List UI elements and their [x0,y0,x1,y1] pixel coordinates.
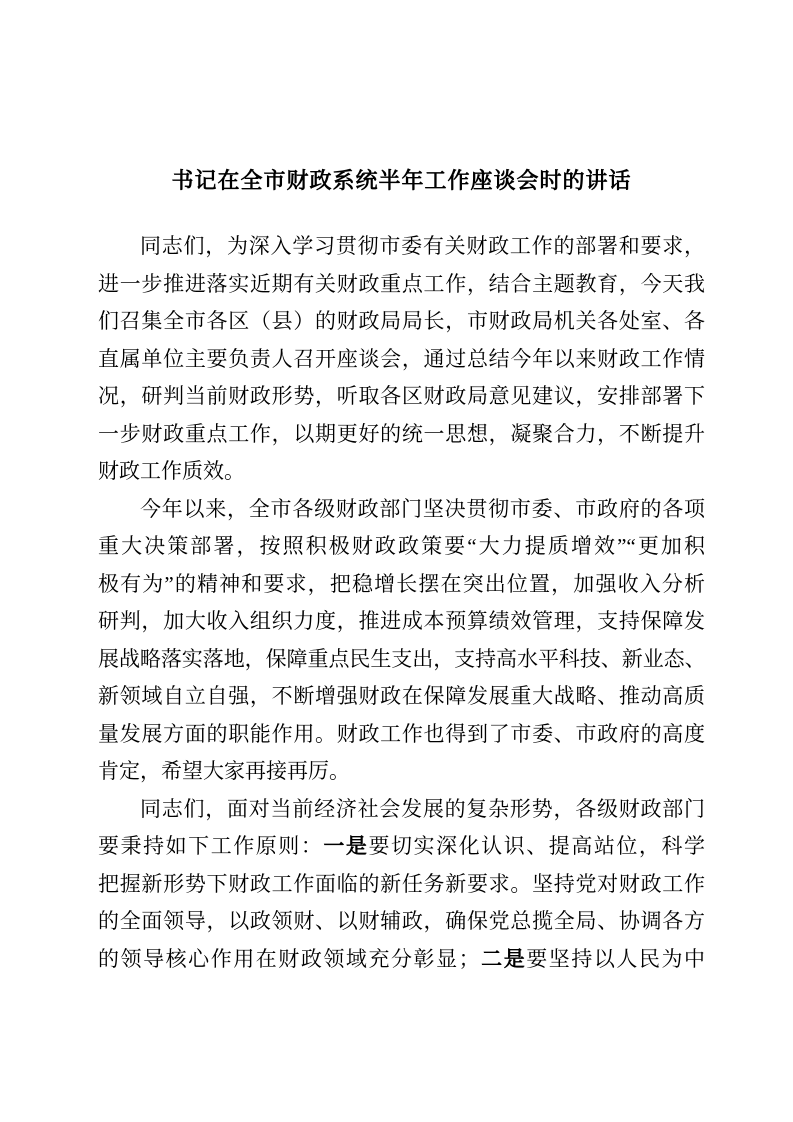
text-line: 直属单位主要负责人召开座谈会，通过总结今年以来财政工作情 [98,341,705,379]
text-line: 肯定，希望大家再接再厉。 [98,753,705,791]
body-text: 展战略落实落地，保障重点民生支出，支持高水平科技、新业态、 [98,647,705,671]
body-text: 况，研判当前财政形势，听取各区财政局意见建议，安排部署下 [98,384,705,408]
text-line: 同志们，为深入学习贯彻市委有关财政工作的部署和要求， [98,228,705,266]
paragraph: 同志们，为深入学习贯彻市委有关财政工作的部署和要求，进一步推进落实近期有关财政重… [98,228,705,491]
body-text: 进一步推进落实近期有关财政重点工作，结合主题教育，今天我 [98,272,705,296]
document-title: 书记在全市财政系统半年工作座谈会时的讲话 [98,164,705,198]
body-text: 要切实深化认识、提高站位，科学 [368,834,705,858]
text-line: 同志们，面对当前经济社会发展的复杂形势，各级财政部门 [98,791,705,829]
text-line: 况，研判当前财政形势，听取各区财政局意见建议，安排部署下 [98,378,705,416]
emphasis-text: 二是 [480,947,527,971]
body-text: 们召集全市各区（县）的财政局局长，市财政局机关各处室、各 [98,309,705,333]
body-text: 同志们，为深入学习贯彻市委有关财政工作的部署和要求， [140,234,705,258]
text-line: 财政工作质效。 [98,453,705,491]
paragraph: 同志们，面对当前经济社会发展的复杂形势，各级财政部门要秉持如下工作原则：一是要切… [98,791,705,979]
text-line: 极有为”的精神和要求，把稳增长摆在突出位置，加强收入分析 [98,566,705,604]
body-text: 新领域自立自强，不断增强财政在保障发展重大战略、推动高质 [98,684,705,708]
body-text: 的全面领导，以政领财、以财辅政，确保党总揽全局、协调各方 [98,909,705,933]
body-text: 重大决策部署，按照积极财政政策要“大力提质增效”“更加积 [98,534,705,558]
body-text: 同志们，面对当前经济社会发展的复杂形势，各级财政部门 [140,797,705,821]
body-text: 要坚持以人民为中 [526,947,705,971]
text-line: 们召集全市各区（县）的财政局局长，市财政局机关各处室、各 [98,303,705,341]
text-line: 新领域自立自强，不断增强财政在保障发展重大战略、推动高质 [98,678,705,716]
emphasis-text: 一是 [323,834,368,858]
body-text: 要秉持如下工作原则： [98,834,323,858]
text-line: 展战略落实落地，保障重点民生支出，支持高水平科技、新业态、 [98,641,705,679]
text-line: 重大决策部署，按照积极财政政策要“大力提质增效”“更加积 [98,528,705,566]
text-line: 要秉持如下工作原则：一是要切实深化认识、提高站位，科学 [98,828,705,866]
body-text: 直属单位主要负责人召开座谈会，通过总结今年以来财政工作情 [98,347,705,371]
body-text: 极有为”的精神和要求，把稳增长摆在突出位置，加强收入分析 [98,572,705,596]
body-text: 量发展方面的职能作用。财政工作也得到了市委、市政府的高度 [98,722,705,746]
text-line: 把握新形势下财政工作面临的新任务新要求。坚持党对财政工作 [98,866,705,904]
body-text: 的领导核心作用在财政领域充分彰显； [98,947,480,971]
text-line: 研判，加大收入组织力度，推进成本预算绩效管理，支持保障发 [98,603,705,641]
body-text: 今年以来，全市各级财政部门坚决贯彻市委、市政府的各项 [140,497,705,521]
document-body: 同志们，为深入学习贯彻市委有关财政工作的部署和要求，进一步推进落实近期有关财政重… [98,228,705,978]
body-text: 一步财政重点工作，以期更好的统一思想，凝聚合力，不断提升 [98,422,705,446]
body-text: 研判，加大收入组织力度，推进成本预算绩效管理，支持保障发 [98,609,705,633]
text-line: 量发展方面的职能作用。财政工作也得到了市委、市政府的高度 [98,716,705,754]
text-line: 今年以来，全市各级财政部门坚决贯彻市委、市政府的各项 [98,491,705,529]
body-text: 财政工作质效。 [98,459,245,483]
document-page: 书记在全市财政系统半年工作座谈会时的讲话 同志们，为深入学习贯彻市委有关财政工作… [0,0,793,1122]
text-line: 一步财政重点工作，以期更好的统一思想，凝聚合力，不断提升 [98,416,705,454]
paragraph: 今年以来，全市各级财政部门坚决贯彻市委、市政府的各项重大决策部署，按照积极财政政… [98,491,705,791]
text-line: 的领导核心作用在财政领域充分彰显；二是要坚持以人民为中 [98,941,705,979]
body-text: 肯定，希望大家再接再厉。 [98,759,350,783]
body-text: 把握新形势下财政工作面临的新任务新要求。坚持党对财政工作 [98,872,705,896]
text-line: 的全面领导，以政领财、以财辅政，确保党总揽全局、协调各方 [98,903,705,941]
text-line: 进一步推进落实近期有关财政重点工作，结合主题教育，今天我 [98,266,705,304]
